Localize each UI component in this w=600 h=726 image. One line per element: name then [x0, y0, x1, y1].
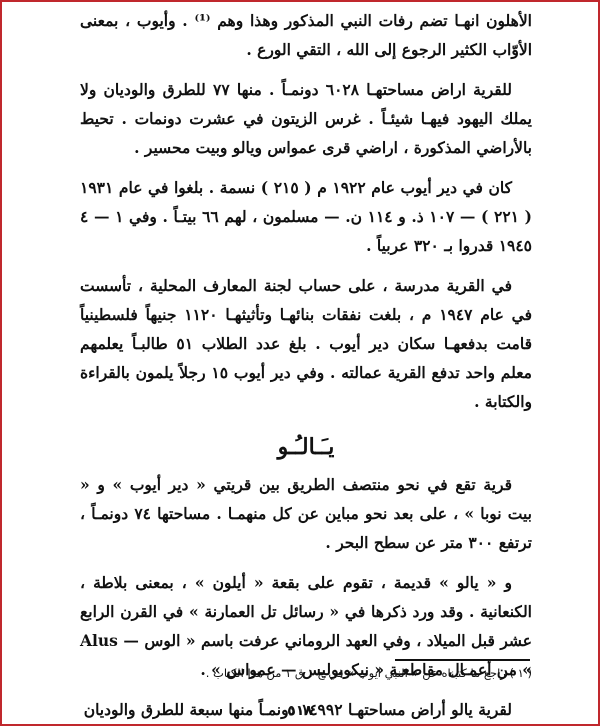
paragraph-school: في القرية مدرسة ، على حساب لجنة المعارف …: [80, 271, 532, 416]
paragraph-ayyub-meaning: الأهلون انهـا تضم رفات النبي المذكور وهذ…: [80, 6, 532, 64]
paragraph-land-area: للقرية اراض مساحتهـا ٦٠٢٨ دونمـاً . منها…: [80, 75, 532, 162]
footnote: ( ١ ) راجع ما كتبناه عن « النبي ايوب » ف…: [92, 666, 532, 680]
footnote-divider: [395, 659, 530, 661]
page-number: ٥١٨: [0, 703, 600, 719]
paragraph-population: كان في دير أيوب عام ١٩٢٢ م ( ٢١٥ ) نسمة …: [80, 173, 532, 260]
document-body: الأهلون انهـا تضم رفات النبي المذكور وهذ…: [80, 0, 532, 724]
section-title-yalu: يـَـالـُـو: [80, 430, 532, 464]
paragraph-yalu-location: قرية تقع في نحو منتصف الطريق بين قريتي «…: [80, 470, 532, 557]
